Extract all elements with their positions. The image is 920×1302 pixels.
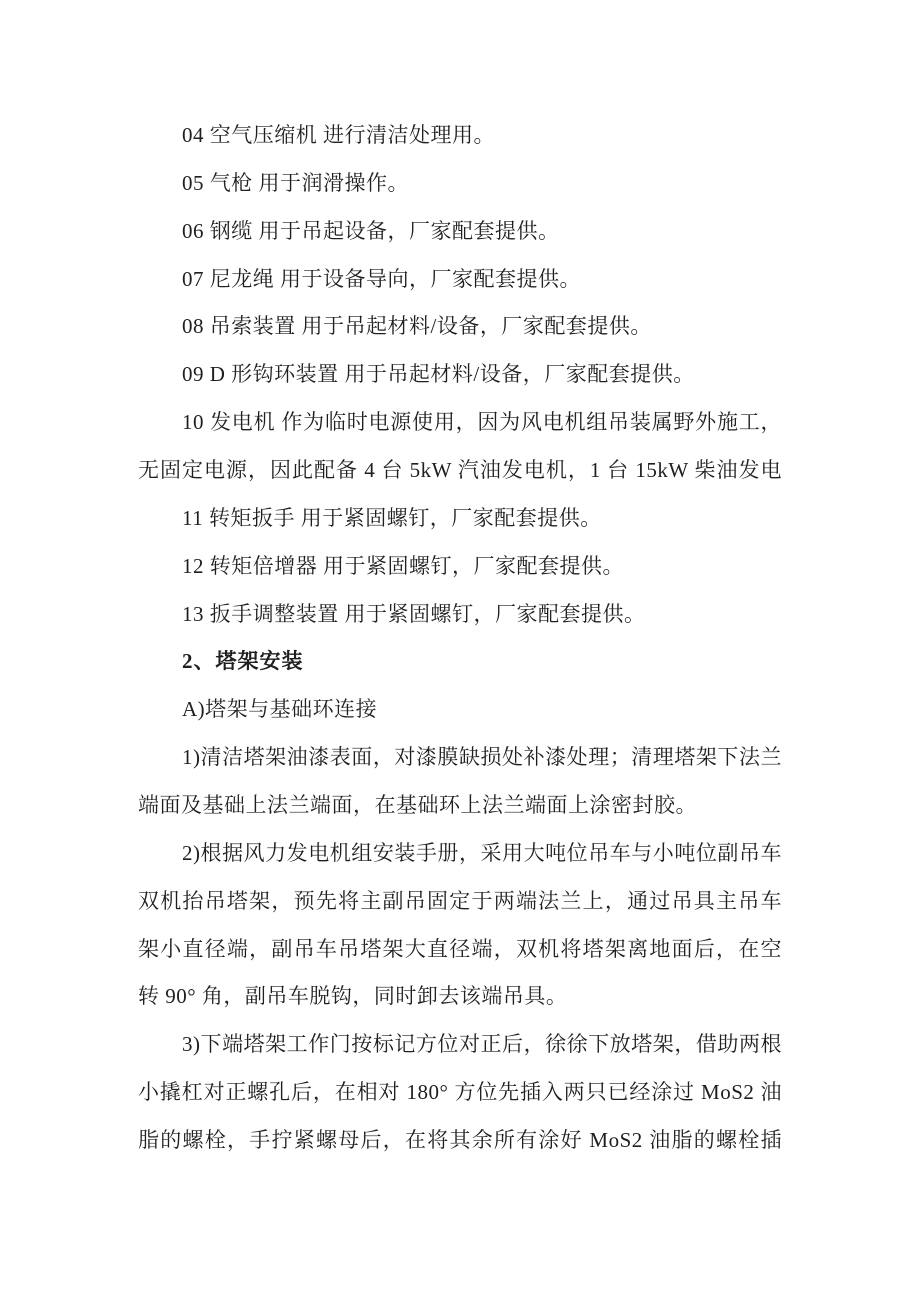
subsection-a-tower-base-ring-connection: A)塔架与基础环连接 xyxy=(138,686,782,734)
equipment-item-10-line-1: 10 发电机 作为临时电源使用，因为风电机组吊装属野外施工， xyxy=(138,399,782,446)
equipment-item-12: 12 转矩倍增器 用于紧固螺钉，厂家配套提供。 xyxy=(138,543,782,591)
step-1-clean-surfaces-line-1: 1)清洁塔架油漆表面，对漆膜缺损处补漆处理；清理塔架下法兰 xyxy=(138,734,782,781)
equipment-item-13: 13 扳手调整装置 用于紧固螺钉，厂家配套提供。 xyxy=(138,591,782,639)
equipment-item-05: 05 气枪 用于润滑操作。 xyxy=(138,160,782,208)
step-3-align-and-bolt-line-1: 3)下端塔架工作门按标记方位对正后，徐徐下放塔架，借助两根 xyxy=(138,1021,782,1068)
equipment-item-04: 04 空气压缩机 进行清洁处理用。 xyxy=(138,112,782,160)
step-3-align-and-bolt-line-2: 小撬杠对正螺孔后，在相对 180° 方位先插入两只已经涂过 MoS2 油 xyxy=(138,1069,782,1116)
step-3-align-and-bolt-line-3: 脂的螺栓，手拧紧螺母后，在将其余所有涂好 MoS2 油脂的螺栓插入， xyxy=(138,1117,782,1164)
step-2-dual-crane-lift-line-4: 转 90° 角，副吊车脱钩，同时卸去该端吊具。 xyxy=(138,973,782,1021)
step-2-dual-crane-lift-line-1: 2)根据风力发电机组安装手册，采用大吨位吊车与小吨位副吊车 xyxy=(138,830,782,877)
step-2-dual-crane-lift-line-2: 双机抬吊塔架，预先将主副吊固定于两端法兰上，通过吊具主吊车塔 xyxy=(138,878,782,925)
section-heading-tower-installation: 2、塔架安装 xyxy=(138,638,782,686)
step-2-dual-crane-lift-line-3: 架小直径端，副吊车吊塔架大直径端，双机将塔架离地面后，在空中 xyxy=(138,926,782,973)
equipment-item-08: 08 吊索装置 用于吊起材料/设备，厂家配套提供。 xyxy=(138,303,782,351)
equipment-item-11: 11 转矩扳手 用于紧固螺钉，厂家配套提供。 xyxy=(138,495,782,543)
equipment-item-06: 06 钢缆 用于吊起设备，厂家配套提供。 xyxy=(138,208,782,256)
document-page: 04 空气压缩机 进行清洁处理用。05 气枪 用于润滑操作。06 钢缆 用于吊起… xyxy=(0,0,920,1302)
step-1-clean-surfaces-line-2: 端面及基础上法兰端面，在基础环上法兰端面上涂密封胶。 xyxy=(138,782,782,830)
equipment-item-10-line-2: 无固定电源，因此配备 4 台 5kW 汽油发电机，1 台 15kW 柴油发电机。 xyxy=(138,447,782,494)
equipment-item-07: 07 尼龙绳 用于设备导向，厂家配套提供。 xyxy=(138,256,782,304)
equipment-item-09: 09 D 形钩环装置 用于吊起材料/设备，厂家配套提供。 xyxy=(138,351,782,399)
